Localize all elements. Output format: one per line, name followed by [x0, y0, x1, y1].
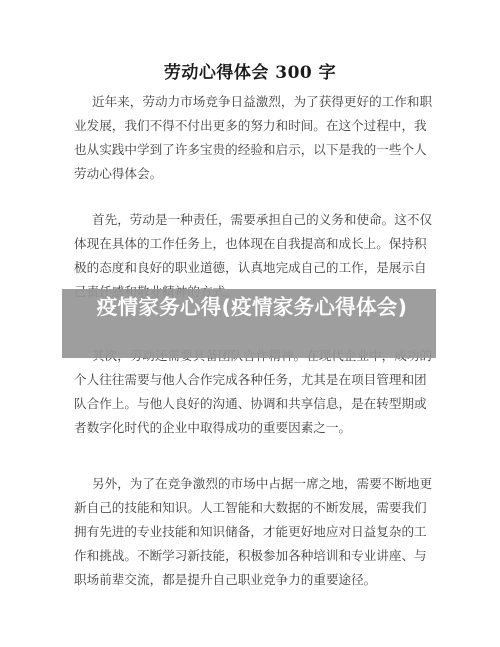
- text-line: 近年来，劳动力市场竞争日益激烈，为了获得更好的工作和职: [74, 90, 426, 114]
- text-line: 新自己的技能和知识。人工智能和大数据的不断发展，需要我们: [74, 496, 426, 520]
- text-line: 业发展，我们不得不付出更多的努力和时间。在这个过程中，我: [74, 114, 426, 138]
- text-line: 首先，劳动是一种责任，需要承担自己的义务和使命。这不仅: [74, 208, 426, 232]
- text-line: 作和挑战。不断学习新技能，积极参加各种培训和专业讲座、与: [74, 544, 426, 568]
- text-line: 劳动心得体会。: [74, 162, 426, 186]
- text-line: 队合作上。与他人良好的沟通、协调和共享信息，是在转型期或: [74, 392, 426, 416]
- caption-overlay-banner: 疫情家务心得(疫情家务心得体会): [62, 289, 436, 358]
- paragraph-intro: 近年来，劳动力市场竞争日益激烈，为了获得更好的工作和职 业发展，我们不得不付出更…: [74, 90, 426, 186]
- document-title: 劳动心得体会 300 字: [0, 58, 500, 83]
- text-line: 也从实践中学到了许多宝贵的经验和启示，以下是我的一些个人: [74, 138, 426, 162]
- text-line: 拥有先进的专业技能和知识储备，才能更好地应对日益复杂的工: [74, 520, 426, 544]
- text-line: 者数字化时代的企业中取得成功的重要因素之一。: [74, 416, 426, 440]
- text-line: 职场前辈交流，都是提升自己职业竞争力的重要途径。: [74, 568, 426, 592]
- caption-overlay-text: 疫情家务心得(疫情家务心得体会): [72, 292, 432, 323]
- text-line: 极的态度和良好的职业道德，认真地完成自己的工作，是展示自: [74, 256, 426, 280]
- document-page: 劳动心得体会 300 字 近年来，劳动力市场竞争日益激烈，为了获得更好的工作和职…: [0, 0, 500, 647]
- text-line: 另外，为了在竞争激烈的市场中占据一席之地，需要不断地更: [74, 472, 426, 496]
- paragraph-learning: 另外，为了在竞争激烈的市场中占据一席之地，需要不断地更 新自己的技能和知识。人工…: [74, 472, 426, 592]
- text-line: 体现在具体的工作任务上，也体现在自我提高和成长上。保持积: [74, 232, 426, 256]
- text-line: 个人往往需要与他人合作完成各种任务，尤其是在项目管理和团: [74, 368, 426, 392]
- paragraph-teamwork: 其次，劳动还需要具备团队合作精神。在现代企业中，成功的 个人往往需要与他人合作完…: [74, 344, 426, 440]
